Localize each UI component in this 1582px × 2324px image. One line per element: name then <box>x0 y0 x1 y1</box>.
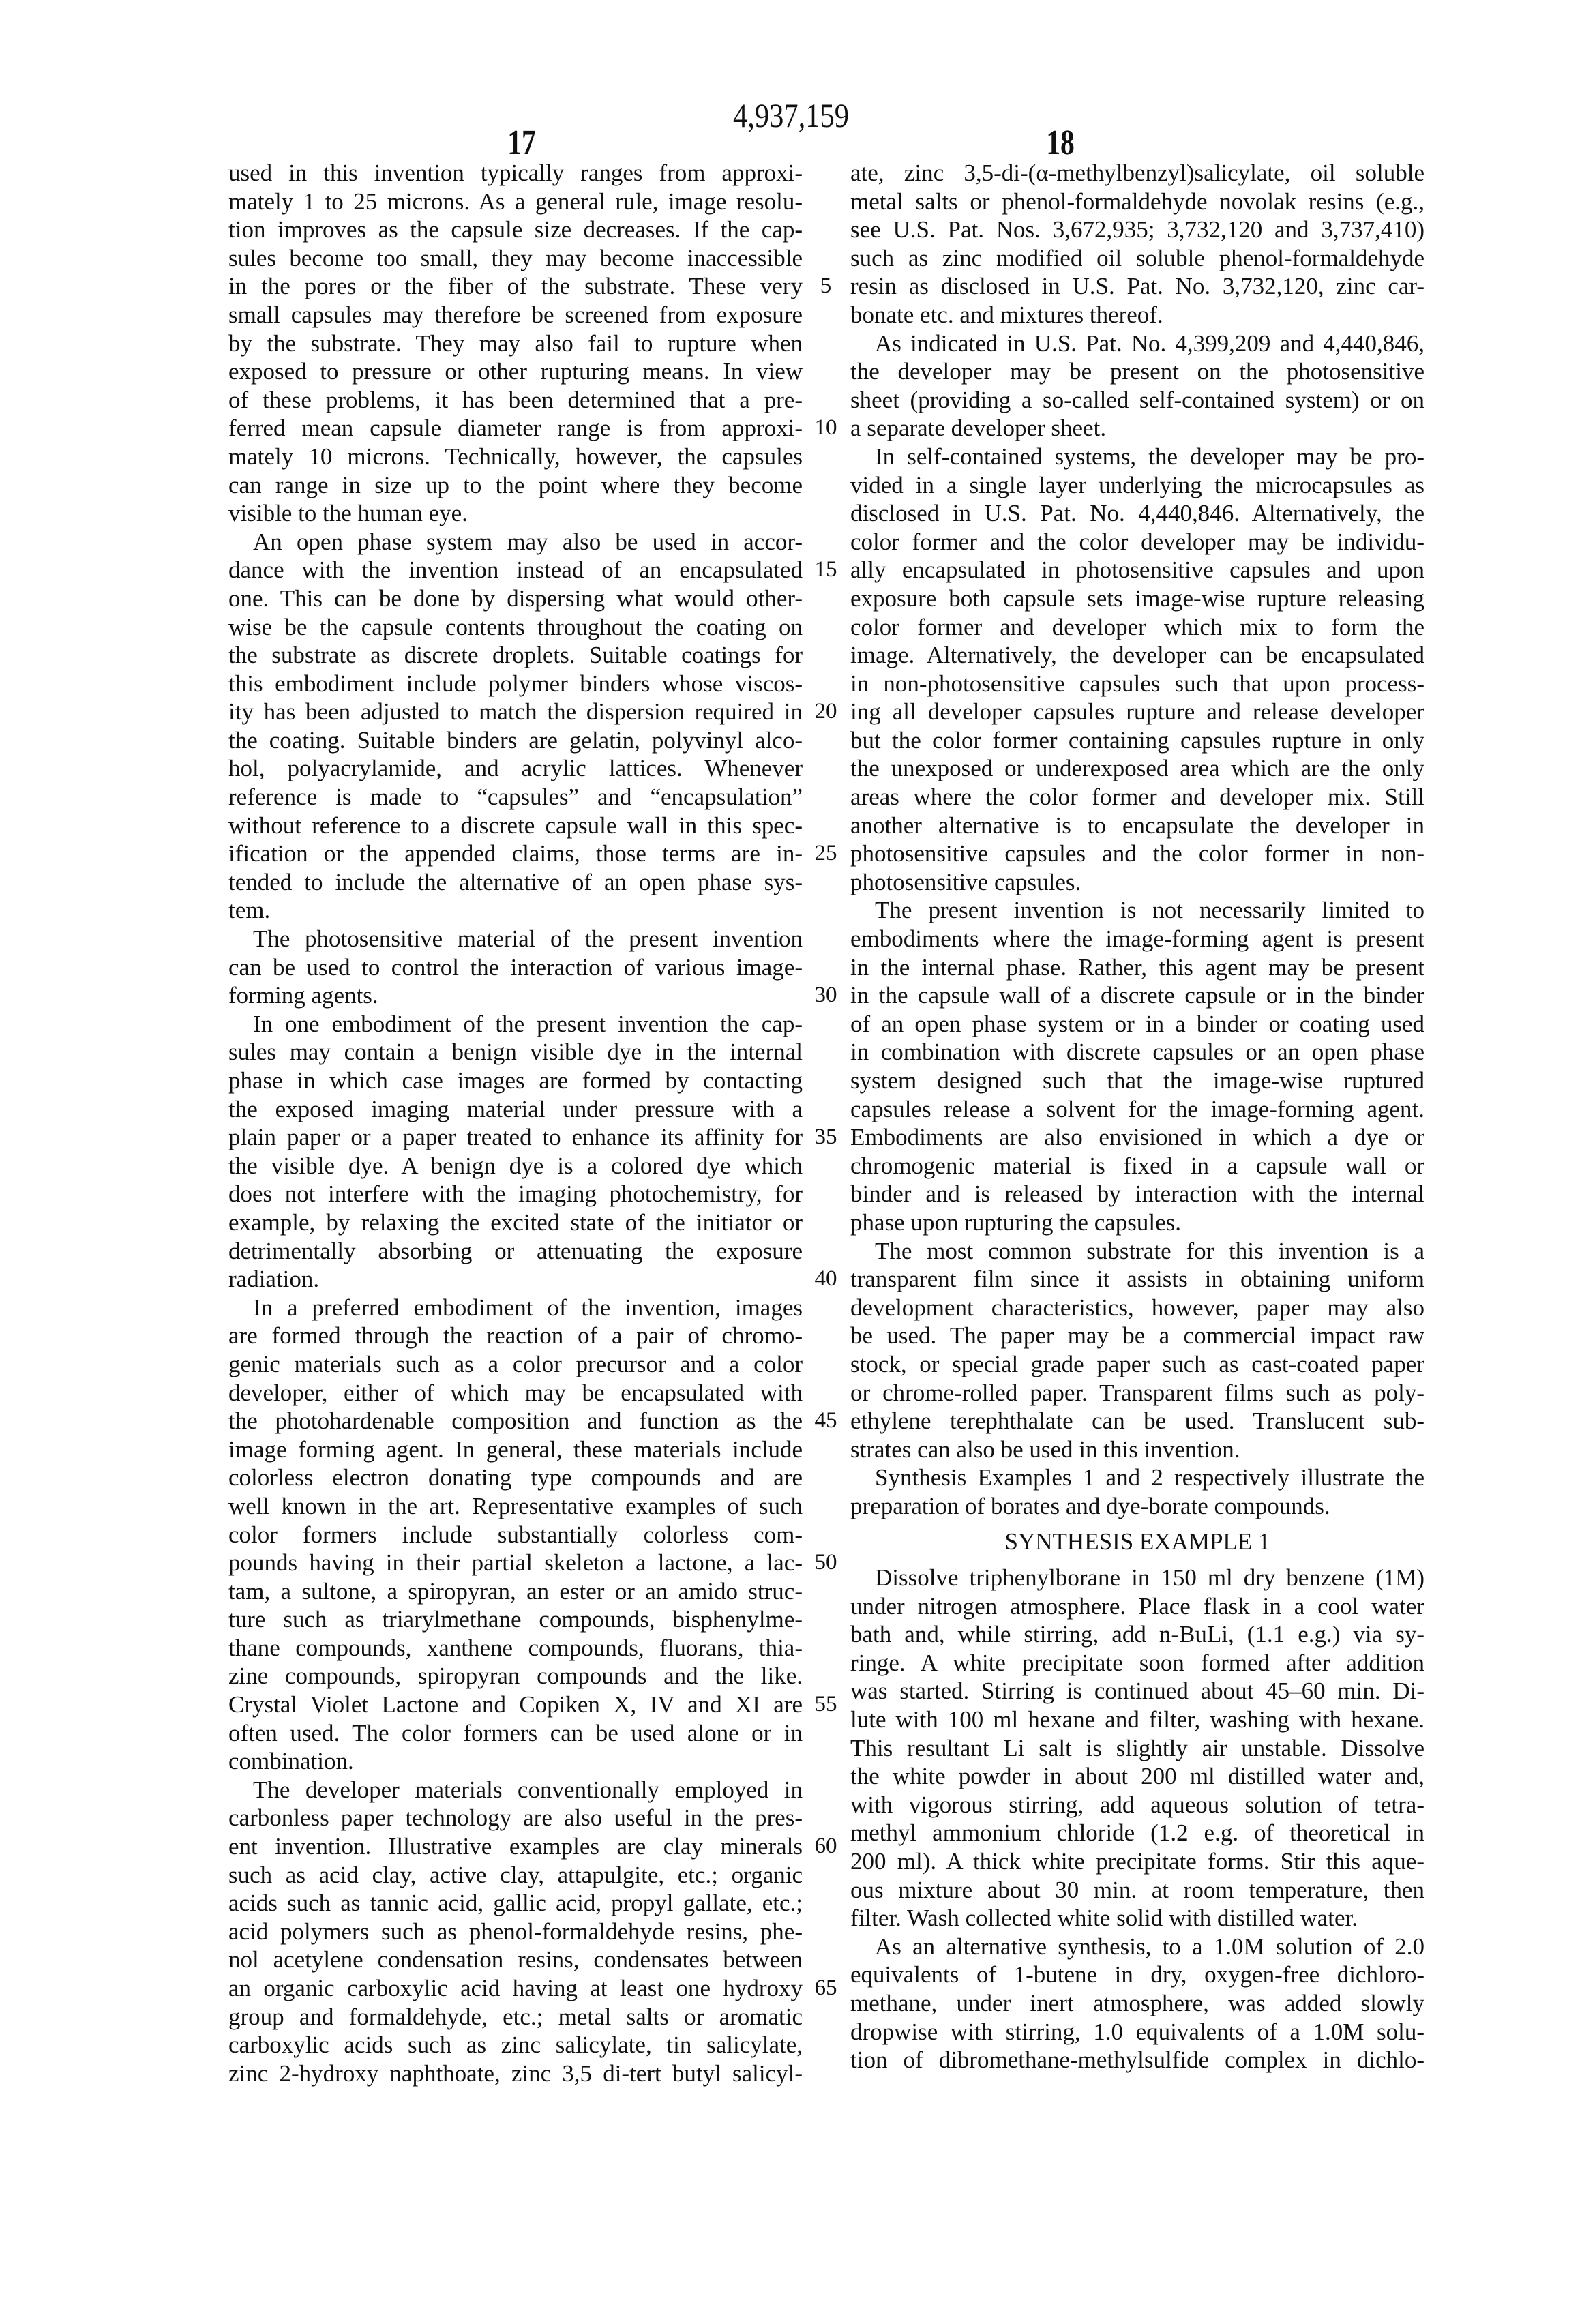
text-line: in the capsule wall of a discrete capsul… <box>850 981 1424 1010</box>
line-number: 55 <box>808 1690 844 1719</box>
text-line: equivalents of 1-butene in dry, oxygen-f… <box>850 1961 1424 1989</box>
line-number: 5 <box>808 272 844 301</box>
text-line: Embodiments are also envisioned in which… <box>850 1123 1424 1152</box>
text-line: used in this invention typically ranges … <box>228 159 803 188</box>
text-line: reference is made to “capsules” and “enc… <box>228 783 803 811</box>
text-line: can range in size up to the point where … <box>228 471 803 500</box>
text-line: exposed to pressure or other rupturing m… <box>228 357 803 386</box>
text-line: As an alternative synthesis, to a 1.0M s… <box>850 1933 1424 1961</box>
text-line: lute with 100 ml hexane and filter, wash… <box>850 1705 1424 1734</box>
text-line: such as zinc modified oil soluble phenol… <box>850 244 1424 273</box>
text-line: one. This can be done by dispersing what… <box>228 584 803 613</box>
text-line: The most common substrate for this inven… <box>850 1237 1424 1266</box>
text-line: hol, polyacrylamide, and acrylic lattice… <box>228 754 803 783</box>
line-number: 25 <box>808 839 844 868</box>
text-line: This resultant Li salt is slightly air u… <box>850 1734 1424 1763</box>
text-line: carboxylic acids such as zinc salicylate… <box>228 2031 803 2059</box>
text-line: detrimentally absorbing or attenuating t… <box>228 1237 803 1266</box>
text-line: forming agents. <box>228 981 803 1010</box>
text-line: genic materials such as a color precurso… <box>228 1350 803 1379</box>
text-line: plain paper or a paper treated to enhanc… <box>228 1123 803 1152</box>
line-number: 40 <box>808 1265 844 1294</box>
text-line: tem. <box>228 896 803 925</box>
text-line: the exposed imaging material under press… <box>228 1095 803 1124</box>
text-line: The developer materials conventionally e… <box>228 1776 803 1804</box>
text-line: ethylene terephthalate can be used. Tran… <box>850 1407 1424 1435</box>
text-line: methyl ammonium chloride (1.2 e.g. of th… <box>850 1819 1424 1847</box>
text-line: An open phase system may also be used in… <box>228 528 803 556</box>
text-line: example, by relaxing the excited state o… <box>228 1208 803 1237</box>
text-line: photosensitive capsules and the color fo… <box>850 839 1424 868</box>
line-number: 65 <box>808 1974 844 2003</box>
text-line: an organic carboxylic acid having at lea… <box>228 1974 803 2003</box>
text-line: the coating. Suitable binders are gelati… <box>228 726 803 755</box>
text-line: but the color former containing capsules… <box>850 726 1424 755</box>
line-number: 10 <box>808 414 844 443</box>
text-line: a separate developer sheet. <box>850 414 1424 443</box>
text-line: such as acid clay, active clay, attapulg… <box>228 1861 803 1890</box>
text-line: combination. <box>228 1747 803 1776</box>
text-line: small capsules may therefore be screened… <box>228 301 803 329</box>
text-line: nol acetylene condensation resins, conde… <box>228 1946 803 1974</box>
line-number: 45 <box>808 1407 844 1435</box>
text-line: 200 ml). A thick white precipitate forms… <box>850 1847 1424 1876</box>
text-line: this embodiment include polymer binders … <box>228 670 803 698</box>
text-line: image. Alternatively, the developer can … <box>850 641 1424 670</box>
text-line: ous mixture about 30 min. at room temper… <box>850 1876 1424 1905</box>
text-line: areas where the color former and develop… <box>850 783 1424 811</box>
text-line: with vigorous stirring, add aqueous solu… <box>850 1791 1424 1819</box>
text-line: group and formaldehyde, etc.; metal salt… <box>228 2003 803 2031</box>
text-line: ture such as triarylmethane compounds, b… <box>228 1605 803 1634</box>
text-line: filter. Wash collected white solid with … <box>850 1904 1424 1933</box>
text-line: zine compounds, spiropyran compounds and… <box>228 1662 803 1690</box>
text-line: preparation of borates and dye-borate co… <box>850 1492 1424 1521</box>
text-line: ity has been adjusted to match the dispe… <box>228 698 803 726</box>
text-line: dance with the invention instead of an e… <box>228 556 803 584</box>
text-line: Dissolve triphenylborane in 150 ml dry b… <box>850 1564 1424 1592</box>
text-line: color former and developer which mix to … <box>850 613 1424 642</box>
text-line: transparent film since it assists in obt… <box>850 1265 1424 1294</box>
text-line: acids such as tannic acid, gallic acid, … <box>228 1889 803 1918</box>
text-line: the visible dye. A benign dye is a color… <box>228 1152 803 1180</box>
text-line: the white powder in about 200 ml distill… <box>850 1762 1424 1791</box>
text-line: ent invention. Illustrative examples are… <box>228 1832 803 1861</box>
text-line: or chrome-rolled paper. Transparent film… <box>850 1379 1424 1407</box>
text-line: photosensitive capsules. <box>850 868 1424 897</box>
text-line: The photosensitive material of the prese… <box>228 925 803 953</box>
text-line: pounds having in their partial skeleton … <box>228 1549 803 1577</box>
line-number: 20 <box>808 698 844 726</box>
text-line: binder and is released by interaction wi… <box>850 1180 1424 1208</box>
text-line: by the substrate. They may also fail to … <box>228 329 803 358</box>
text-line: metal salts or phenol-formaldehyde novol… <box>850 188 1424 216</box>
text-line: ate, zinc 3,5-di-(α-methylbenzyl)salicyl… <box>850 159 1424 188</box>
text-line: of these problems, it has been determine… <box>228 386 803 415</box>
text-line: ringe. A white precipitate soon formed a… <box>850 1649 1424 1678</box>
text-line: Crystal Violet Lactone and Copiken X, IV… <box>228 1690 803 1719</box>
text-line: As indicated in U.S. Pat. No. 4,399,209 … <box>850 329 1424 358</box>
text-line: in combination with discrete capsules or… <box>850 1038 1424 1067</box>
text-line: the substrate as discrete droplets. Suit… <box>228 641 803 670</box>
text-line: carbonless paper technology are also use… <box>228 1804 803 1832</box>
text-line: phase upon rupturing the capsules. <box>850 1208 1424 1237</box>
right-text-column: ate, zinc 3,5-di-(α-methylbenzyl)salicyl… <box>850 159 1424 2074</box>
text-line: stock, or special grade paper such as ca… <box>850 1350 1424 1379</box>
text-line: was started. Stirring is continued about… <box>850 1677 1424 1705</box>
text-line: system designed such that the image-wise… <box>850 1067 1424 1095</box>
text-line: phase in which case images are formed by… <box>228 1067 803 1095</box>
text-line: ally encapsulated in photosensitive caps… <box>850 556 1424 584</box>
text-line: strates can also be used in this inventi… <box>850 1435 1424 1464</box>
text-line: image forming agent. In general, these m… <box>228 1435 803 1464</box>
text-line: mately 10 microns. Technically, however,… <box>228 443 803 471</box>
text-line: acid polymers such as phenol-formaldehyd… <box>228 1918 803 1946</box>
text-line: Synthesis Examples 1 and 2 respectively … <box>850 1463 1424 1492</box>
text-line: are formed through the reaction of a pai… <box>228 1322 803 1350</box>
text-line: under nitrogen atmosphere. Place flask i… <box>850 1592 1424 1621</box>
column-number-right: 18 <box>1006 123 1115 163</box>
text-line: radiation. <box>228 1265 803 1294</box>
text-line: developer, either of which may be encaps… <box>228 1379 803 1407</box>
text-line: in the pores or the fiber of the substra… <box>228 272 803 301</box>
patent-number: 4,937,159 <box>119 95 1463 135</box>
text-line: thane compounds, xanthene compounds, flu… <box>228 1634 803 1663</box>
text-line: visible to the human eye. <box>228 499 803 528</box>
text-line: well known in the art. Representative ex… <box>228 1492 803 1521</box>
line-number: 35 <box>808 1123 844 1152</box>
text-line: be used. The paper may be a commercial i… <box>850 1322 1424 1350</box>
text-line: color formers include substantially colo… <box>228 1521 803 1549</box>
text-line: capsules release a solvent for the image… <box>850 1095 1424 1124</box>
column-number-left: 17 <box>467 123 576 163</box>
text-line: tion of dibromethane-methylsulfide compl… <box>850 2046 1424 2074</box>
text-line: of an open phase system or in a binder o… <box>850 1010 1424 1039</box>
text-line: dropwise with stirring, 1.0 equivalents … <box>850 2018 1424 2046</box>
line-number: 50 <box>808 1549 844 1577</box>
left-text-column: used in this invention typically ranges … <box>228 159 803 2087</box>
text-line: embodiments where the image-forming agen… <box>850 925 1424 953</box>
text-line: In one embodiment of the present inventi… <box>228 1010 803 1039</box>
text-line: in non-photosensitive capsules such that… <box>850 670 1424 698</box>
text-line: exposure both capsule sets image-wise ru… <box>850 584 1424 613</box>
text-line: color former and the color developer may… <box>850 528 1424 556</box>
text-line: the developer may be present on the phot… <box>850 357 1424 386</box>
text-line: mately 1 to 25 microns. As a general rul… <box>228 188 803 216</box>
text-line: disclosed in U.S. Pat. No. 4,440,846. Al… <box>850 499 1424 528</box>
text-line: ferred mean capsule diameter range is fr… <box>228 414 803 443</box>
text-line: often used. The color formers can be use… <box>228 1719 803 1748</box>
text-line: chromogenic material is fixed in a capsu… <box>850 1152 1424 1180</box>
text-line: zinc 2-hydroxy naphthoate, zinc 3,5 di-t… <box>228 2059 803 2088</box>
section-heading: SYNTHESIS EXAMPLE 1 <box>850 1528 1424 1556</box>
text-line: another alternative is to encapsulate th… <box>850 811 1424 840</box>
text-line: sheet (providing a so-called self-contai… <box>850 386 1424 415</box>
text-line: tended to include the alternative of an … <box>228 868 803 897</box>
text-line: wise be the capsule contents throughout … <box>228 613 803 642</box>
text-line: sules may contain a benign visible dye i… <box>228 1038 803 1067</box>
text-line: In a preferred embodiment of the inventi… <box>228 1294 803 1322</box>
text-line: the photohardenable composition and func… <box>228 1407 803 1435</box>
text-line: tam, a sultone, a spiropyran, an ester o… <box>228 1577 803 1606</box>
text-line: bath and, while stirring, add n-BuLi, (1… <box>850 1620 1424 1649</box>
text-line: methane, under inert atmosphere, was add… <box>850 1989 1424 2018</box>
text-line: bonate etc. and mixtures thereof. <box>850 301 1424 329</box>
line-number: 60 <box>808 1832 844 1861</box>
text-line: in the internal phase. Rather, this agen… <box>850 953 1424 982</box>
text-line: sules become too small, they may become … <box>228 244 803 273</box>
text-line: In self-contained systems, the developer… <box>850 443 1424 471</box>
line-number: 15 <box>808 556 844 584</box>
text-line: resin as disclosed in U.S. Pat. No. 3,73… <box>850 272 1424 301</box>
text-line: does not interfere with the imaging phot… <box>228 1180 803 1208</box>
text-line: the unexposed or underexposed area which… <box>850 754 1424 783</box>
text-line: The present invention is not necessarily… <box>850 896 1424 925</box>
text-line: ification or the appended claims, those … <box>228 839 803 868</box>
text-line: development characteristics, however, pa… <box>850 1294 1424 1322</box>
text-line: ing all developer capsules rupture and r… <box>850 698 1424 726</box>
text-line: tion improves as the capsule size decrea… <box>228 215 803 244</box>
text-line: see U.S. Pat. Nos. 3,672,935; 3,732,120 … <box>850 215 1424 244</box>
line-number: 30 <box>808 981 844 1010</box>
text-line: without reference to a discrete capsule … <box>228 811 803 840</box>
text-line: colorless electron donating type compoun… <box>228 1463 803 1492</box>
text-line: can be used to control the interaction o… <box>228 953 803 982</box>
text-line: vided in a single layer underlying the m… <box>850 471 1424 500</box>
